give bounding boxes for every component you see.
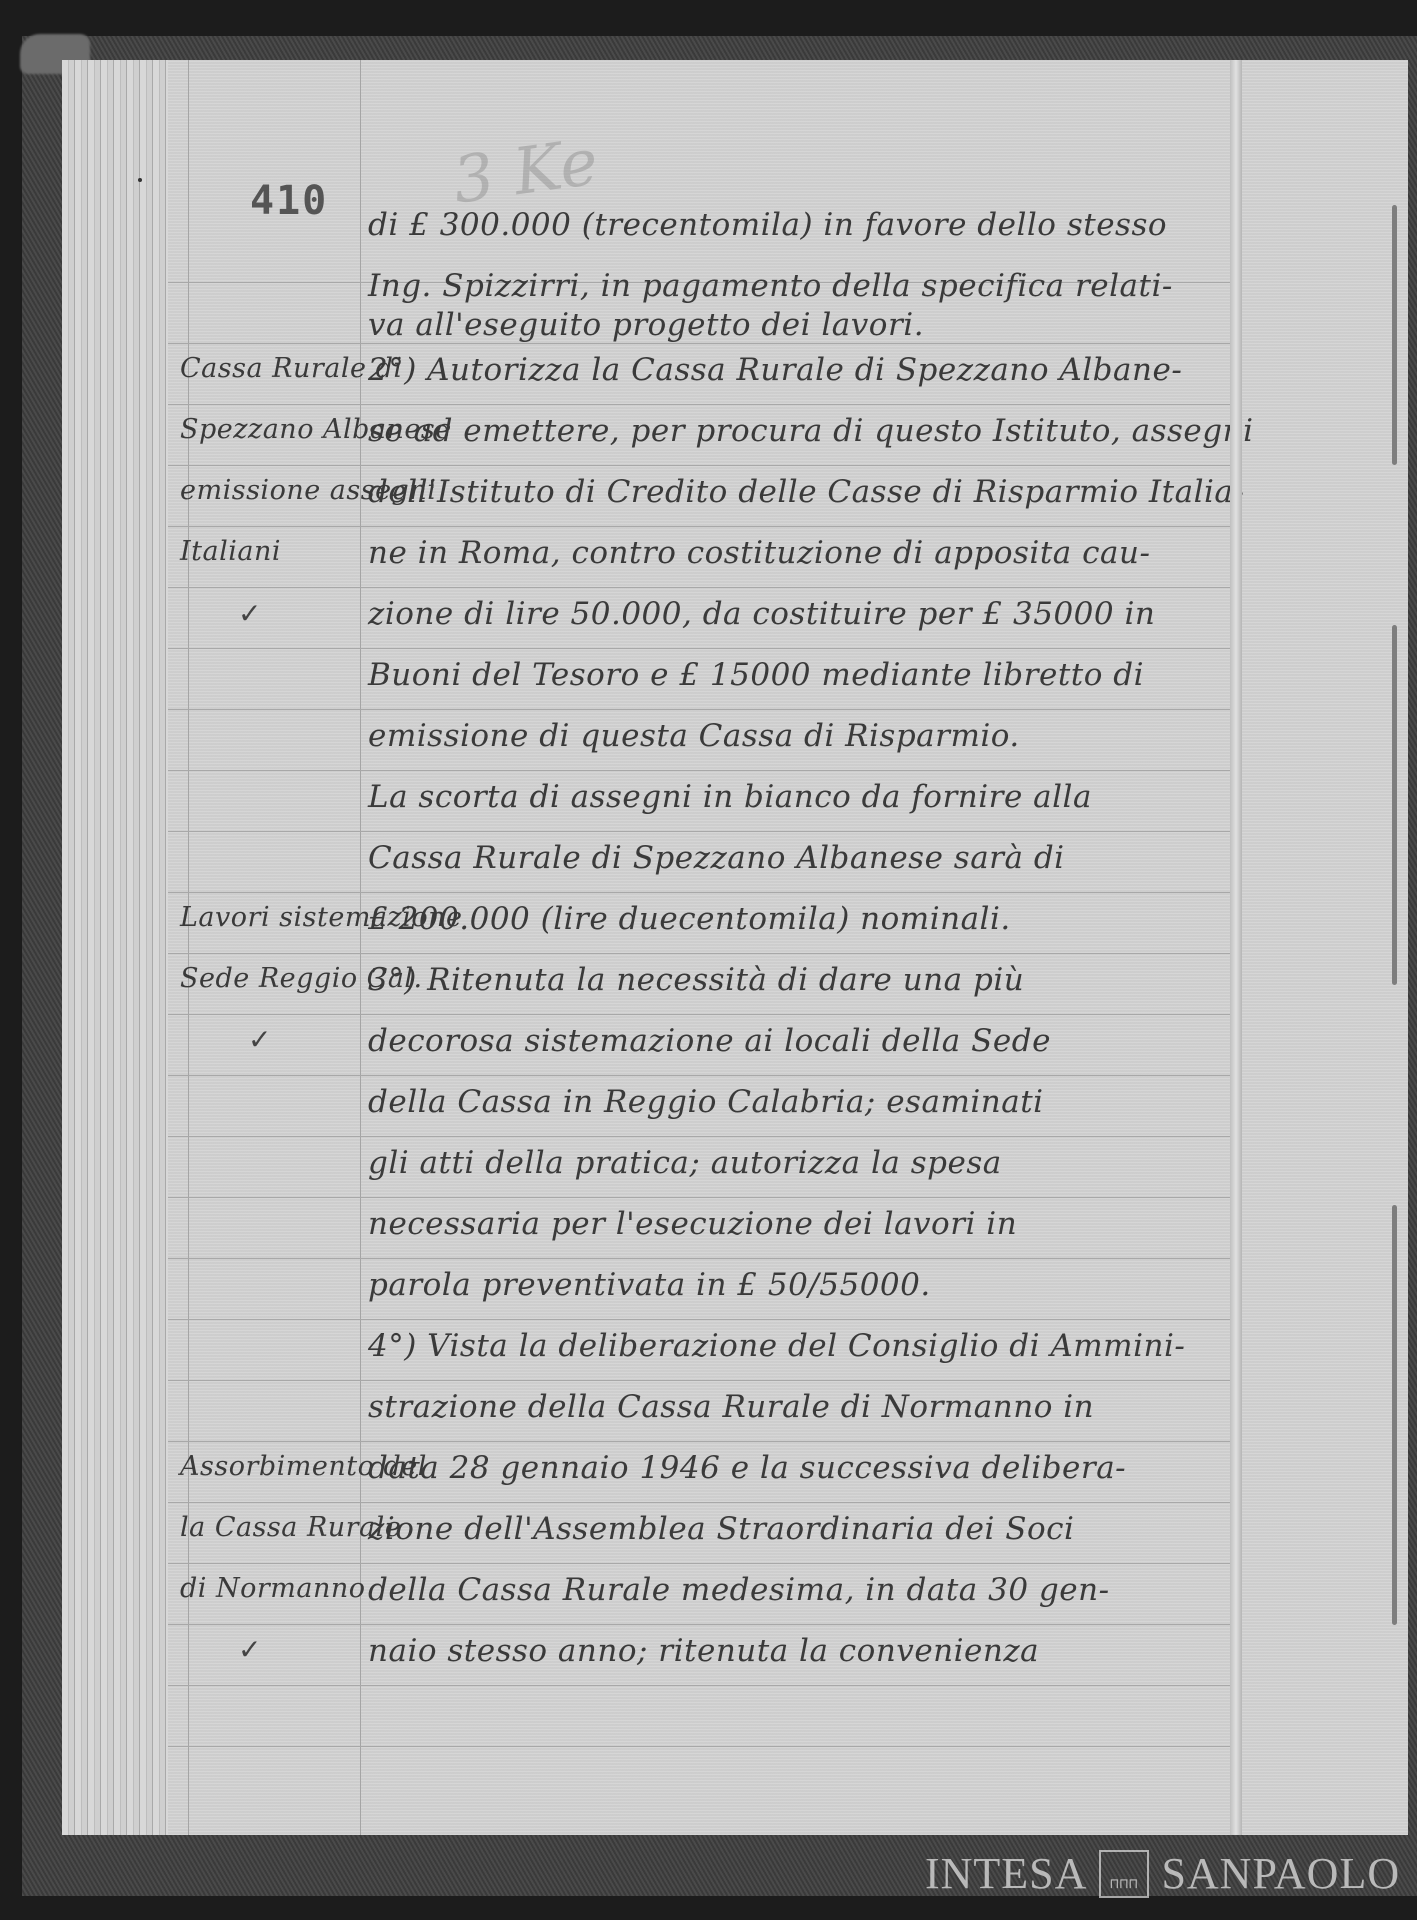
body-line: La scorta di assegni in bianco da fornir… [368, 782, 1092, 813]
body-line: parola preventivata in £ 50/55000. [368, 1270, 931, 1301]
ruled-line [168, 953, 1238, 954]
body-line: della Cassa in Reggio Calabria; esaminat… [368, 1087, 1044, 1118]
body-line: £ 200.000 (lire duecentomila) nominali. [368, 904, 1011, 935]
body-line: decorosa sistemazione ai locali della Se… [368, 1026, 1051, 1057]
body-line: dell'Istituto di Credito delle Casse di … [368, 477, 1244, 508]
body-line: di £ 300.000 (trecentomila) in favore de… [368, 210, 1167, 241]
ruled-line [168, 343, 1238, 344]
ruled-line [168, 1746, 1238, 1747]
margin-note: di Normanno [180, 1575, 366, 1602]
ruled-line [168, 709, 1238, 710]
checkmark-icon: ✓ [238, 600, 262, 628]
body-line: naio stesso anno; ritenuta la convenienz… [368, 1636, 1039, 1667]
ruled-line [168, 892, 1238, 893]
ink-spot [138, 178, 142, 182]
body-line: va all'eseguito progetto dei lavori. [368, 310, 924, 341]
ruled-line [168, 770, 1238, 771]
body-line: zione di lire 50.000, da costituire per … [368, 599, 1155, 630]
watermark-right-text: SANPAOLO [1161, 1848, 1400, 1899]
body-line: 3°) Ritenuta la necessità di dare una pi… [368, 965, 1024, 996]
ruled-line [168, 1563, 1238, 1564]
watermark-left-text: INTESA [925, 1848, 1087, 1899]
checkmark-icon: ✓ [248, 1026, 272, 1054]
ruled-line [168, 1685, 1238, 1686]
binding-stitch [1392, 1205, 1397, 1625]
body-line: zione dell'Assemblea Straordinaria dei S… [368, 1514, 1074, 1545]
ruled-line [168, 1014, 1238, 1015]
bank-logo-icon: ⊓⊓⊓ [1099, 1850, 1149, 1898]
ledger-page: 410 3 Ke Cassa Rurale di Spezzano Albane… [168, 60, 1408, 1835]
ruled-line [168, 831, 1238, 832]
page-gutter [1230, 60, 1242, 1835]
binding-stitch [1392, 625, 1397, 985]
ruled-line [168, 404, 1238, 405]
body-line: gli atti della pratica; autorizza la spe… [368, 1148, 1002, 1179]
body-line: Cassa Rurale di Spezzano Albanese sarà d… [368, 843, 1065, 874]
body-line: strazione della Cassa Rurale di Normanno… [368, 1392, 1094, 1423]
page-edges [62, 60, 177, 1835]
pencil-annotation: 3 Ke [449, 125, 603, 218]
ruled-line [168, 526, 1238, 527]
ruled-line [168, 1258, 1238, 1259]
ruled-line [168, 1624, 1238, 1625]
body-line: Ing. Spizzirri, in pagamento della speci… [368, 271, 1173, 302]
ruled-line [168, 648, 1238, 649]
margin-note: Italiani [180, 538, 281, 565]
ruled-line [168, 1136, 1238, 1137]
ruled-line [168, 1075, 1238, 1076]
margin-column-rule [360, 60, 361, 1835]
ruled-line [168, 587, 1238, 588]
ruled-line [168, 1197, 1238, 1198]
body-line: della Cassa Rurale medesima, in data 30 … [368, 1575, 1110, 1606]
body-line: Buoni del Tesoro e £ 15000 mediante libr… [368, 660, 1144, 691]
intesa-sanpaolo-watermark: INTESA ⊓⊓⊓ SANPAOLO [925, 1848, 1400, 1899]
ruled-line [168, 1502, 1238, 1503]
body-line: data 28 gennaio 1946 e la successiva del… [368, 1453, 1126, 1484]
page-number: 410 [250, 178, 328, 224]
body-line: necessaria per l'esecuzione dei lavori i… [368, 1209, 1017, 1240]
body-line: se ad emettere, per procura di questo Is… [368, 416, 1253, 447]
body-line: 4°) Vista la deliberazione del Consiglio… [368, 1331, 1185, 1362]
checkmark-icon: ✓ [238, 1636, 262, 1664]
body-line: 2°) Autorizza la Cassa Rurale di Spezzan… [368, 355, 1182, 386]
ruled-line [168, 1380, 1238, 1381]
left-margin-rule [188, 60, 189, 1835]
body-line: emissione di questa Cassa di Risparmio. [368, 721, 1020, 752]
ruled-line [168, 1441, 1238, 1442]
body-line: ne in Roma, contro costituzione di appos… [368, 538, 1150, 569]
ruled-line [168, 465, 1238, 466]
binding-stitch [1392, 205, 1397, 465]
ruled-line [168, 1319, 1238, 1320]
